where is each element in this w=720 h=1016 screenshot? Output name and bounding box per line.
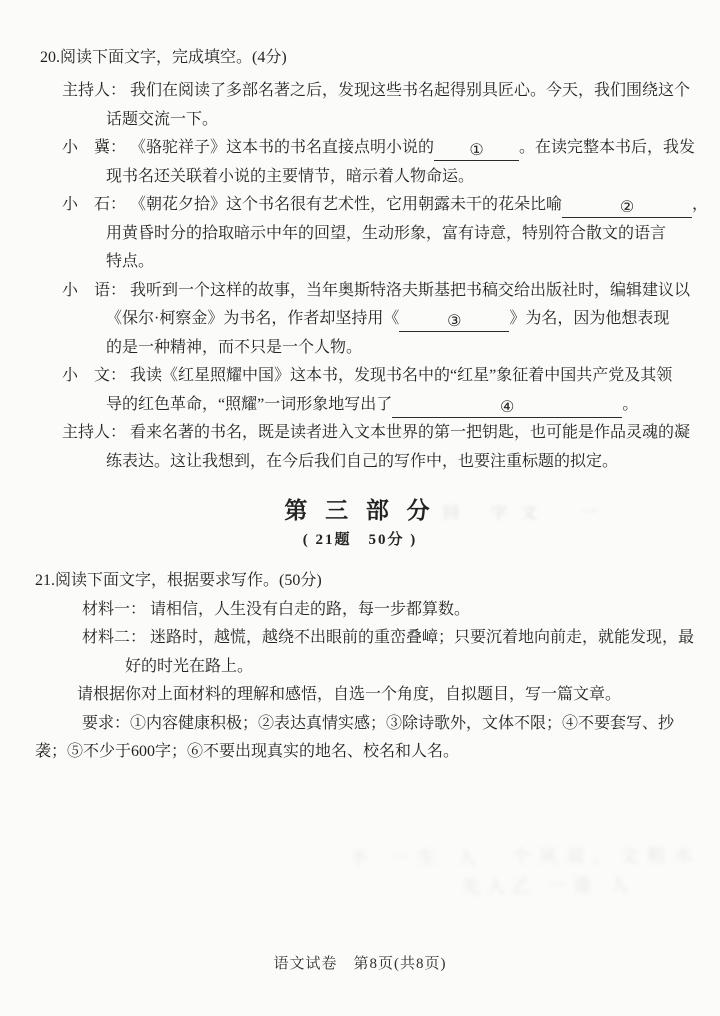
q20-dialogue: 主持人：我们在阅读了多部名著之后，发现这些书名起得别具匠心。今天，我们围绕这个 … (0, 77, 720, 476)
q21-instruction: 请根据你对上面材料的理解和感悟，自选一个角度，自拟题目，写一篇文章。 (35, 681, 714, 710)
bleedthrough-mark: 不 一生 入 个风双、文粗水 (350, 841, 701, 871)
speaker-label: 主持人： (62, 419, 126, 448)
q21-materials: 材料一：请相信，人生没有白走的路，每一步都算数。材料二：迷路时，越慌，越绕不出眼… (0, 596, 720, 682)
dialogue-text: 我们在阅读了多部名著之后，发现这些书名起得别具匠心。今天，我们围绕这个 话题交流… (106, 77, 716, 134)
answer-blank: ② (562, 197, 692, 218)
bleedthrough-mark: 先入乙 一逢 入 (462, 871, 635, 899)
dialogue-turn: 小 石：《朝花夕拾》这个书名很有艺术性，它用朝露未干的花朵比喻②， 用黄昏时分的… (0, 191, 720, 277)
dialogue-turn: 小 冀：《骆驼祥子》这本书的书名直接点明小说的①。在读完整本书后，我发 现书名还… (0, 134, 720, 191)
speaker-label: 主持人： (62, 77, 126, 106)
dialogue-turn: 主持人：看来名著的书名，既是读者进入文本世界的第一把钥匙，也可能是作品灵魂的凝 … (0, 419, 720, 476)
dialogue-text: 《朝花夕拾》这个书名很有艺术性，它用朝露未干的花朵比喻②， 用黄昏时分的拾取暗示… (106, 191, 716, 277)
part3-heading: 第 三 部 分 (0, 496, 720, 526)
exam-page: 20.阅读下面文字，完成填空。(4分) 主持人：我们在阅读了多部名著之后，发现这… (0, 0, 720, 1016)
material-text: 请相信，人生没有白走的路，每一步都算数。 (125, 596, 716, 625)
material-item: 材料二：迷路时，越慌，越绕不出眼前的重峦叠嶂；只要沉着地向前走，就能发现，最 好… (0, 624, 720, 681)
material-text: 迷路时，越慌，越绕不出眼前的重峦叠嶂；只要沉着地向前走，就能发现，最 好的时光在… (125, 624, 716, 681)
page-footer: 语文试卷 第8页(共8页) (0, 952, 720, 973)
q20-stem: 20.阅读下面文字，完成填空。(4分) (40, 46, 720, 70)
speaker-label: 小 石： (62, 191, 126, 220)
material-label: 材料一： (82, 596, 146, 625)
material-item: 材料一：请相信，人生没有白走的路，每一步都算数。 (0, 596, 720, 625)
dialogue-text: 我读《红星照耀中国》这本书，发现书名中的“红星”象征着中国共产党及其领 导的红色… (106, 362, 716, 419)
q21-stem: 21.阅读下面文字，根据要求写作。(50分) (35, 567, 720, 596)
dialogue-turn: 小 语：我听到一个这样的故事，当年奥斯特洛夫斯基把书稿交给出版社时，编辑建议以 … (0, 277, 720, 363)
material-label: 材料二： (82, 624, 146, 653)
part3-subheading: ( 21题 50分 ) (0, 529, 720, 551)
speaker-label: 小 语： (62, 277, 126, 306)
dialogue-turn: 主持人：我们在阅读了多部名著之后，发现这些书名起得别具匠心。今天，我们围绕这个 … (0, 77, 720, 134)
speaker-label: 小 冀： (62, 134, 126, 163)
speaker-label: 小 文： (62, 362, 126, 391)
dialogue-text: 我听到一个这样的故事，当年奥斯特洛夫斯基把书稿交给出版社时，编辑建议以 《保尔·… (106, 277, 716, 363)
answer-blank: ① (434, 140, 519, 161)
dialogue-text: 看来名著的书名，既是读者进入文本世界的第一把钥匙，也可能是作品灵魂的凝 练表达。… (106, 419, 716, 476)
answer-blank: ③ (399, 311, 509, 332)
q21-requirements: 要求：①内容健康积极；②表达真情实感；③除诗歌外，文体不限；④不要套写、抄 袭；… (35, 710, 716, 767)
dialogue-turn: 小 文：我读《红星照耀中国》这本书，发现书名中的“红星”象征着中国共产党及其领 … (0, 362, 720, 419)
dialogue-text: 《骆驼祥子》这本书的书名直接点明小说的①。在读完整本书后，我发 现书名还关联着小… (106, 134, 716, 191)
answer-blank: ④ (392, 397, 622, 418)
